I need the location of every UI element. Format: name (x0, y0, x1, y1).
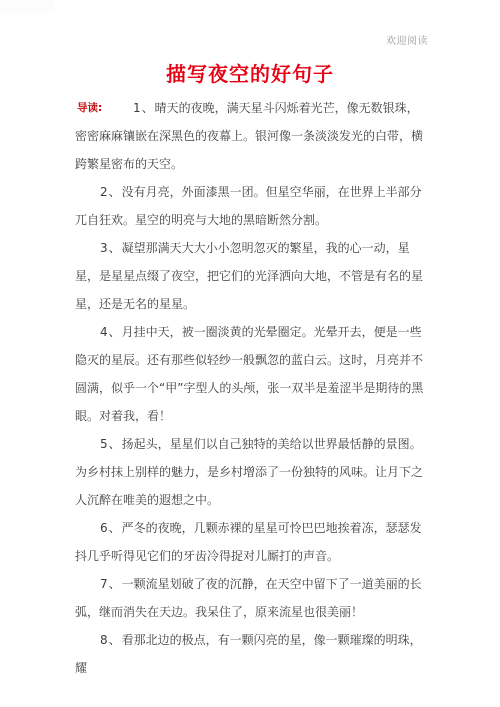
paragraph-number: 3、 (100, 241, 122, 255)
header-watermark: 欢迎阅读 (386, 32, 428, 47)
paragraph-number: 1、 (133, 101, 155, 115)
paragraph: 3、凝望那满天大大小小忽明忽灭的繁星，我的心一动，星星，是星星点缀了夜空，把它们… (75, 234, 429, 318)
paragraph-number: 4、 (100, 325, 122, 339)
paragraph-text: 严冬的夜晚，几颗赤裸的星星可怜巴巴地挨着冻，瑟瑟发抖几乎听得见它们的牙齿冷得捉对… (75, 521, 422, 563)
paragraph-text: 月挂中天，被一圈淡黄的光晕圈定。光晕开去，便是一些隐灭的星辰。还有那些似轻纱一般… (75, 325, 423, 423)
paragraph: 5、扬起头，星星们以自己独特的美给以世界最恬静的景图。为乡村抹上别样的魅力，是乡… (75, 430, 429, 514)
paragraph-number: 5、 (100, 437, 122, 451)
paragraph: 导读:1、晴天的夜晚，满天星斗闪烁着光芒，像无数银珠，密密麻麻镶嵌在深黑色的夜幕… (75, 94, 429, 178)
paragraph: 6、严冬的夜晚，几颗赤裸的星星可怜巴巴地挨着冻，瑟瑟发抖几乎听得见它们的牙齿冷得… (75, 514, 429, 570)
paragraph-text: 看那北边的极点，有一颗闪亮的星，像一颗璀璨的明珠，耀 (75, 633, 422, 675)
paragraph: 8、看那北边的极点，有一颗闪亮的星，像一颗璀璨的明珠，耀 (75, 626, 429, 682)
paragraph-text: 晴天的夜晚，满天星斗闪烁着光芒，像无数银珠，密密麻麻镶嵌在深黑色的夜幕上。银河像… (75, 101, 423, 171)
paragraph-number: 6、 (100, 521, 122, 535)
paragraph: 4、月挂中天，被一圈淡黄的光晕圈定。光晕开去，便是一些隐灭的星辰。还有那些似轻纱… (75, 318, 429, 430)
paragraph-text: 没有月亮，外面漆黑一团。但星空华丽，在世界上半部分兀自狂欢。星空的明亮与大地的黑… (75, 185, 422, 227)
paragraph-text: 扬起头，星星们以自己独特的美给以世界最恬静的景图。为乡村抹上别样的魅力，是乡村增… (75, 437, 423, 507)
paragraph-text: 凝望那满天大大小小忽明忽灭的繁星，我的心一动，星星，是星星点缀了夜空，把它们的光… (75, 241, 423, 311)
paragraph: 7、一颗流星划破了夜的沉静，在天空中留下了一道美丽的长弧，继而消失在天边。我呆住… (75, 570, 429, 626)
document-body: 导读:1、晴天的夜晚，满天星斗闪烁着光芒，像无数银珠，密密麻麻镶嵌在深黑色的夜幕… (75, 94, 429, 682)
paragraph-number: 8、 (100, 633, 122, 647)
paragraph-number: 7、 (100, 577, 122, 591)
lead-label: 导读: (77, 94, 102, 122)
document-page: 欢迎阅读 描写夜空的好句子 导读:1、晴天的夜晚，满天星斗闪烁着光芒，像无数银珠… (0, 0, 500, 707)
top-left-strip (0, 0, 55, 13)
paragraph-number: 2、 (100, 185, 122, 199)
paragraph-text: 一颗流星划破了夜的沉静，在天空中留下了一道美丽的长弧，继而消失在天边。我呆住了，… (75, 577, 422, 619)
paragraph: 2、没有月亮，外面漆黑一团。但星空华丽，在世界上半部分兀自狂欢。星空的明亮与大地… (75, 178, 429, 234)
page-title: 描写夜空的好句子 (0, 58, 500, 87)
